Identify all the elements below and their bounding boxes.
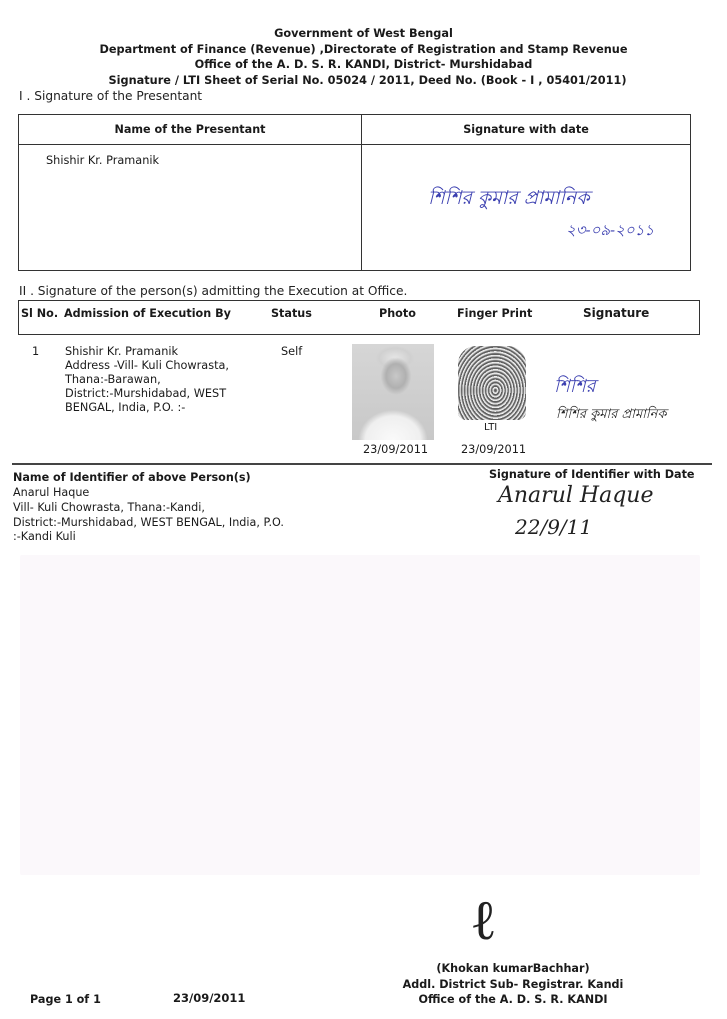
identifier-signature: Anarul Haque <box>498 483 653 508</box>
header-office: Office of the A. D. S. R. KANDI, Distric… <box>0 57 727 73</box>
row1-name: Shishir Kr. Pramanik <box>65 345 229 359</box>
row1-address-line: BENGAL, India, P.O. :- <box>65 401 229 415</box>
executant-photo <box>352 344 434 440</box>
photo-date: 23/09/2011 <box>363 443 428 456</box>
col-photo: Photo <box>379 307 416 320</box>
col-signature: Signature <box>583 306 649 320</box>
presentant-signature-date: ২৩-০৯-২০১১ <box>566 219 654 244</box>
row1-address-line: Thana:-Barawan, <box>65 373 229 387</box>
executant-signature-short: শিশির <box>554 372 596 403</box>
col-presentant-name: Name of the Presentant <box>19 115 362 145</box>
identifier-address-line: District:-Murshidabad, WEST BENGAL, Indi… <box>13 516 284 531</box>
header-serial-deed: Signature / LTI Sheet of Serial No. 0502… <box>0 73 727 89</box>
presentant-table: Name of the Presentant Signature with da… <box>18 114 691 271</box>
col-signature-with-date: Signature with date <box>362 115 691 145</box>
row1-executant: Shishir Kr. Pramanik Address -Vill- Kuli… <box>65 345 229 415</box>
header-government: Government of West Bengal <box>0 26 727 42</box>
execution-table-header: Sl No. Admission of Execution By Status … <box>18 300 700 335</box>
row1-address-line: District:-Murshidabad, WEST <box>65 387 229 401</box>
col-status: Status <box>271 307 312 320</box>
fingerprint-image <box>458 346 526 420</box>
identifier-title: Name of Identifier of above Person(s) <box>13 471 251 484</box>
document-header: Government of West Bengal Department of … <box>0 26 727 88</box>
identifier-signature-date: 22/9/11 <box>515 515 592 539</box>
registrar-office: Office of the A. D. S. R. KANDI <box>380 992 646 1008</box>
fingerprint-date: 23/09/2011 <box>461 443 526 456</box>
header-department: Department of Finance (Revenue) ,Directo… <box>0 42 727 58</box>
identifier-details: Anarul Haque Vill- Kuli Chowrasta, Thana… <box>13 486 284 545</box>
section1-title: I . Signature of the Presentant <box>19 89 202 103</box>
section2-title: II . Signature of the person(s) admittin… <box>19 284 407 298</box>
registrar-block: (Khokan kumarBachhar) Addl. District Sub… <box>380 961 646 1008</box>
row1-address-line: Address -Vill- Kuli Chowrasta, <box>65 359 229 373</box>
bleed-through-background <box>20 555 700 875</box>
page-number: Page 1 of 1 <box>30 993 101 1006</box>
fingerprint-label: LTI <box>484 422 497 433</box>
identifier-address-line: :-Kandi Kuli <box>13 530 284 545</box>
identifier-address-line: Vill- Kuli Chowrasta, Thana:-Kandi, <box>13 501 284 516</box>
identifier-signature-title: Signature of Identifier with Date <box>489 468 695 481</box>
col-sl-no: Sl No. <box>21 307 58 320</box>
identifier-name: Anarul Haque <box>13 486 284 501</box>
footer-date: 23/09/2011 <box>173 991 245 1005</box>
col-admission-by: Admission of Execution By <box>64 307 231 320</box>
section-divider <box>12 463 712 465</box>
row1-status: Self <box>281 345 302 359</box>
registrar-name: (Khokan kumarBachhar) <box>380 961 646 977</box>
executant-signature-full: শিশির কুমার প্রামানিক <box>556 405 667 426</box>
row1-sl-no: 1 <box>32 345 39 359</box>
presentant-signature: শিশির কুমার প্রামানিক <box>428 184 590 216</box>
presentant-name: Shishir Kr. Pramanik <box>19 145 362 271</box>
registrar-signature: ℓ <box>470 888 497 953</box>
col-finger-print: Finger Print <box>457 307 532 320</box>
registrar-designation: Addl. District Sub- Registrar. Kandi <box>380 977 646 993</box>
